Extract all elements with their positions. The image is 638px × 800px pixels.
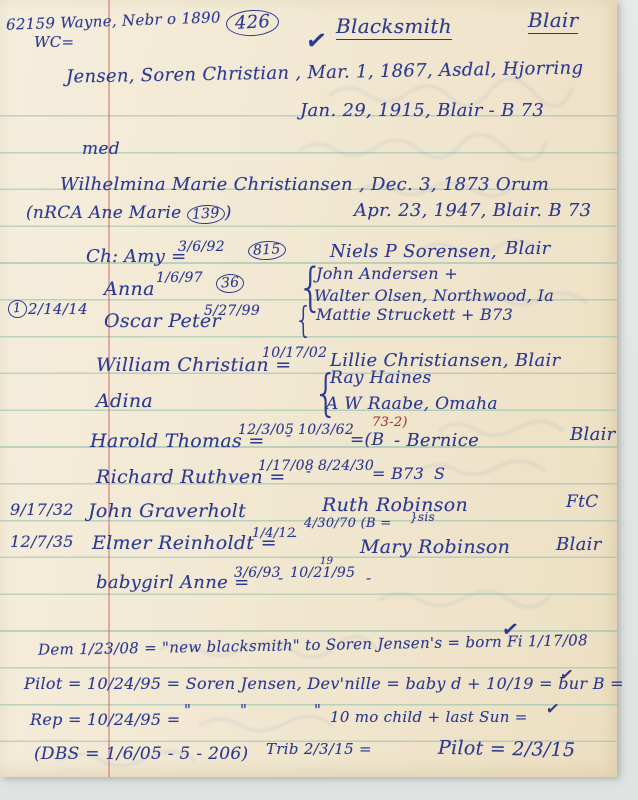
spouse-name-line: Wilhelmina Marie Christiansen , Dec. 3, … (60, 174, 549, 195)
spouse-death-line: Apr. 23, 1947, Blair. B 73 (354, 200, 591, 221)
checkmark-icon: ✓ (304, 25, 330, 57)
margin-date: 2/14/14 (28, 300, 88, 318)
margin-rule-line (108, 0, 110, 777)
red-annotation: 73-2) (372, 415, 408, 430)
child-birth-date: 5/27/99 (204, 303, 260, 319)
child-record-circle: 36 (216, 274, 244, 293)
child-birth-date: 3/6/92 (178, 239, 225, 255)
source-note-pilot: Pilot = 10/24/95 = Soren Jensen, Dev'nil… (24, 674, 624, 693)
dash: - (366, 569, 371, 587)
child-name: Adina (96, 390, 153, 412)
burial-note: =(B (350, 430, 384, 450)
child-birth-date: 3/6/93 (234, 565, 281, 581)
margin-date: 12/7/35 (10, 532, 74, 551)
child-place: FtC (566, 492, 599, 512)
child-name: John Graverholt (88, 500, 246, 522)
file-number: 62159 Wayne, Nebr o 1890 (6, 8, 221, 33)
dash: - (306, 462, 311, 480)
margin-date: 9/17/32 (10, 500, 74, 519)
subject-name-line: Jensen, Soren Christian , Mar. 1, 1867, … (66, 57, 584, 87)
married-label: med (82, 139, 120, 159)
child-birth-date: 10/17/02 (262, 345, 327, 361)
child-spouse: Walter Olsen, Northwood, Ia (314, 286, 554, 305)
child-name: Elmer Reinholdt = (92, 532, 277, 554)
child-birth-date: 1/6/97 (156, 270, 203, 286)
child-place: Blair (556, 534, 602, 555)
child-record-circle: 815 (248, 241, 286, 260)
checkmark-icon: ✓ (559, 664, 576, 685)
dash: - (286, 426, 291, 444)
child-place: Blair (570, 424, 616, 445)
document-page: 62159 Wayne, Nebr o 1890 WC= 426 ✓ Black… (0, 0, 617, 777)
child-spouse: Niels P Sorensen, (330, 241, 497, 262)
record-number-circle: 426 (225, 9, 280, 38)
ditto-mark: " (184, 701, 191, 719)
subject-death-line: Jan. 29, 1915, Blair - B 73 (300, 100, 544, 121)
burial-note: = B73 (372, 464, 424, 483)
child-spouse: Mary Robinson (360, 536, 510, 558)
child-death-date: 10/21/95 (290, 565, 355, 581)
file-number-wc: WC= (34, 33, 74, 51)
header-place: Blair (528, 8, 578, 34)
spouse-note-text: (nRCA Ane Marie (26, 203, 181, 223)
child-spouse: - Bernice (394, 430, 479, 451)
child-birth-date: 1/4/12 (252, 526, 296, 541)
single-note: S (434, 464, 445, 483)
occupation: Blacksmith (336, 14, 452, 40)
child-spouse: Ray Haines (330, 368, 431, 388)
child-name: babygirl Anne = (96, 572, 249, 593)
child-spouse: Mattie Struckett + B73 (316, 305, 513, 324)
child-death-date: 8/24/30 (318, 458, 374, 474)
source-note-tribune: Trib 2/3/15 = (266, 740, 372, 758)
source-note-republican: Rep = 10/24/95 = (30, 710, 181, 729)
child-death-date: 10/3/62 (298, 422, 354, 438)
child-place: Blair (505, 238, 551, 259)
child-spouse: Ruth Robinson (322, 494, 468, 516)
ditto-mark: " (314, 701, 321, 719)
child-spouse: John Andersen + (316, 264, 458, 283)
child-spouse: A W Raabe, Omaha (326, 394, 498, 414)
sister-note: }sis (410, 510, 435, 524)
source-note-dbs: (DBS = 1/6/05 - 5 - 206) (34, 744, 248, 764)
brace-glyph: { (294, 300, 313, 341)
record-number: 426 (226, 10, 279, 36)
child-name: Anna (104, 278, 155, 300)
source-note-republican-text: 10 mo child + last Sun = (330, 708, 528, 726)
ditto-mark: " (240, 701, 247, 719)
checkmark-icon: ✓ (545, 698, 562, 719)
spouse-note-circle: 139 (187, 204, 226, 225)
dash: - (278, 569, 283, 587)
spouse-note: (nRCA Ane Marie 139) (26, 203, 232, 224)
margin-circle: 1 (8, 300, 27, 318)
source-note-pilot-date: Pilot = 2/3/15 (438, 737, 576, 761)
children-label: Ch: (86, 246, 118, 267)
spouse-note-suffix: ) (225, 203, 232, 223)
child-death-date: 4/30/70 (B = (304, 516, 392, 531)
dash: - (292, 528, 297, 544)
